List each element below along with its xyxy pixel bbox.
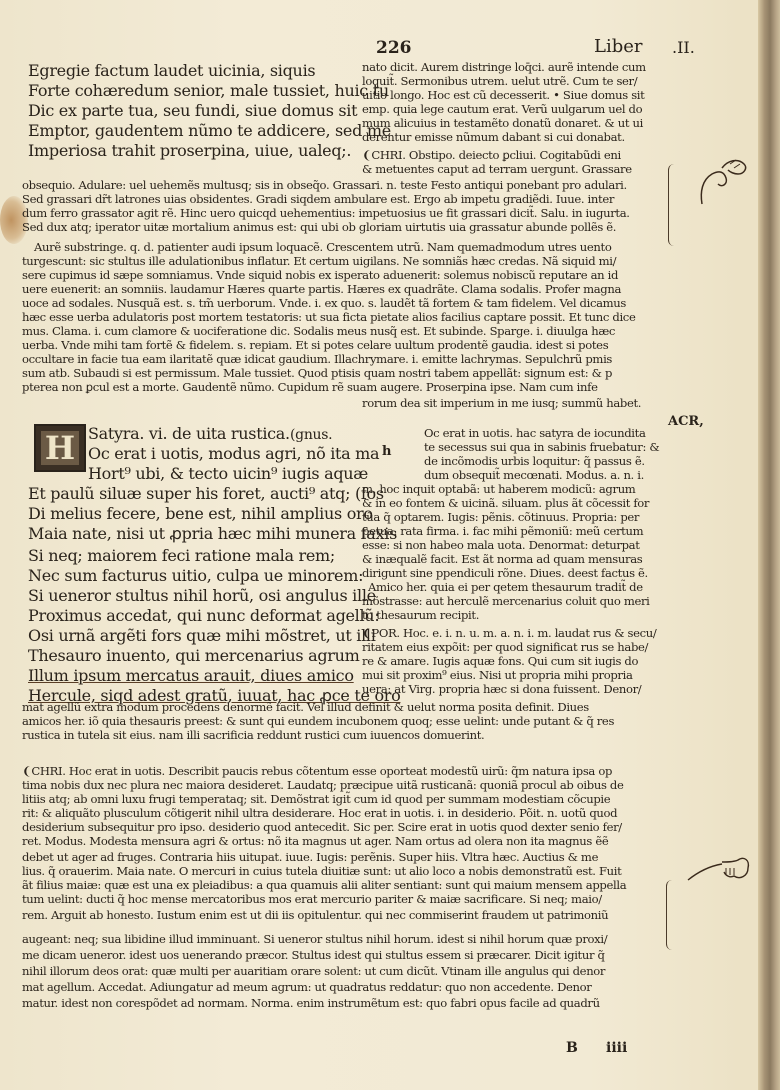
commentary-line: uere euenerit: an somniis. laudamur Hære… <box>22 284 621 296</box>
commentary-line: Sed grassari dr̃t latrones uias obsident… <box>22 194 614 206</box>
commentary-line: ❨CHRI. Hoc erat in uotis. Describit pauc… <box>22 766 612 778</box>
commentary-line: amicos her. iõ quia thesauris preest: & … <box>22 716 614 728</box>
commentary-line: ❨POR. Hoc. e. i. n. u. m. a. n. i. m. la… <box>362 628 656 640</box>
commentary-line: augeant: neq; sua libidine illud imminua… <box>22 934 607 946</box>
argument-word: (gnus. <box>290 428 332 442</box>
verse-line: Si neq; maiorem feci ratione mala rem; <box>28 548 335 564</box>
commentary-line: pterea non ꝑcul est a morte. Gaudentẽ nũ… <box>22 382 598 394</box>
commentary-line: ãt filius maiæ: quæ est una ex pleiadibu… <box>22 880 626 892</box>
commentary-line: petua. rata firma. i. fac mihi pẽmoniũ: … <box>362 526 643 538</box>
commentary-line: de incõmodis urbis loquitur: q̃ passus ẽ… <box>424 456 645 468</box>
commentary-line: rustica in tutela sit eius. nam illi sac… <box>22 730 484 742</box>
manicule-icon <box>694 150 754 210</box>
verse-line: Di melius fecere, bene est, nihil ampliu… <box>28 506 373 522</box>
commentary-line: ❨CHRI. Obstipo. deiecto ꝑcliui. Cogitabũ… <box>362 150 621 162</box>
commentary-line: turgescunt: sic stultus ille adulationib… <box>22 256 616 268</box>
commentary-line: dum ferro grassator agit rẽ. Hinc uero q… <box>22 208 630 220</box>
marginal-note-acr: ACR, <box>668 414 704 429</box>
commentary-line: te secessus sui qua in sabinis fruebatur… <box>424 442 659 454</box>
margin-bracket <box>666 880 675 950</box>
verse-line: Nec sum facturus uitio, culpa ue minorem… <box>28 568 363 584</box>
commentary-line: emp. quia lege cautum erat. Verũ uulgaru… <box>362 104 642 116</box>
commentary-line: mus. Clama. i. cum clamore & uociferatio… <box>22 326 615 338</box>
signature-letter: B <box>566 1040 578 1056</box>
verse-line: Oc erat i uotis, modus agri, nõ ita ma <box>88 446 379 462</box>
commentary-line: dirigunt sine ppendiculi rõne. Diues. de… <box>362 568 648 580</box>
running-title: Liber <box>594 36 643 57</box>
verse-line: Et paulũ siluæ super his foret, aucti⁹ a… <box>28 486 384 502</box>
verse-line: Thesauro inuento, qui mercenarius agrum <box>28 648 360 664</box>
verse-line: Egregie factum laudet uicinia, siquis <box>28 63 315 79</box>
commentary-line: rorum dea sit imperium in me iusq; summũ… <box>362 398 641 410</box>
verse-line: Maia nate, nisi ut ꝓpria hæc mihi munera… <box>28 526 397 542</box>
verse-line: Osi urnã argẽti fors quæ mihi mõstret, u… <box>28 628 376 644</box>
commentary-line: uerba. Vnde mihi tam fortẽ & fidelem. s.… <box>22 340 608 352</box>
verse-line: Imperiosa trahit proserpina, uiue, ualeq… <box>28 143 351 159</box>
verse-line: Hort⁹ ubi, & tecto uicin⁹ iugis aquæ <box>88 466 368 482</box>
verse-line-underlined: Illum ipsum mercatus arauit, diues amico <box>28 668 354 684</box>
signature-number: iiii <box>606 1040 627 1056</box>
commentary-line: rem. Arguit ab honesto. Iustum enim est … <box>22 910 608 922</box>
commentary-line: uera: at Virg. propria hæc si dona fuiss… <box>362 684 641 696</box>
commentary-line: to thesaurum recipit. <box>362 610 479 622</box>
commentary-line: uitio longo. Hoc est cũ decesserit. • Si… <box>362 90 644 102</box>
commentary-line: matur. idest non corespõdet ad normam. N… <box>22 998 600 1010</box>
commentary-line: & metuentes caput ad terram uergunt. Gra… <box>362 164 632 176</box>
commentary-line: desiderium subsequitur pro ipso. desider… <box>22 822 622 834</box>
book-number: .II. <box>672 38 695 57</box>
decorated-initial: H <box>34 424 86 472</box>
commentary-line: mat agellũ extra modum procedens denormẽ… <box>22 702 589 714</box>
satire-heading: Satyra. vi. de uita rustica. <box>88 426 290 442</box>
commentary-line: & in eo fontem & uicinã. siluam. plus ãt… <box>362 498 649 510</box>
margin-bracket <box>668 164 677 246</box>
verse-line: Si ueneror stultus nihil horũ, osi angul… <box>28 588 376 604</box>
manicule-icon <box>686 850 754 886</box>
commentary-line: occultare in facie tua eam ilaritatẽ quæ… <box>22 354 612 366</box>
verse-line: Emptor, gaudentem nũmo te addicere, sed … <box>28 123 391 139</box>
verse-line: Dic ex parte tua, seu fundi, siue domus … <box>28 103 357 119</box>
commentary-line: mõstrasse: aut herculẽ mercenarius colui… <box>362 596 650 608</box>
commentary-line: sum atb. Subaudi si est permissum. Male … <box>22 368 612 380</box>
verse-line: Proximus accedat, qui nunc deformat agel… <box>28 608 379 624</box>
commentary-line: ritatem eius expõit: per quod significat… <box>362 642 648 654</box>
commentary-line: litiis atq; ab omni luxu frugi temperata… <box>22 794 610 806</box>
commentary-line: mui sit proxim⁹ eius. Nisi ut propria mi… <box>362 670 633 682</box>
commentary-line: re & amare. Iugis aquæ fons. Qui cum sit… <box>362 656 638 668</box>
commentary-line: mum alicuius in testamẽto donatũ donaret… <box>362 118 643 130</box>
commentary-line: tũa q̃ optarem. Iugis: pẽnis. cõtinuus. … <box>362 512 639 524</box>
commentary-line: nihil illorum deos orat: quæ multi per a… <box>22 966 605 978</box>
initial-letter: H <box>41 431 79 465</box>
commentary-line: derentur emisse nũmum dabant si cui dona… <box>362 132 625 144</box>
commentary-line: tum uelint: ducti q̃ hoc mense mercatori… <box>22 894 602 906</box>
commentary-line: tima nobis dux nec plura nec maiora desi… <box>22 780 624 792</box>
commentary-line: sere cupimus id sæpe somniamus. Vnde siq… <box>22 270 618 282</box>
commentary-line: dum obsequit̃ mecœnati. Modus. a. n. i. <box>424 470 644 482</box>
page-number: 226 <box>376 38 412 58</box>
commentary-line: & inæqualẽ facit. Est ãt norma ad quam m… <box>362 554 642 566</box>
commentary-line: obsequio. Adulare: uel uehemẽs multusq; … <box>22 180 627 192</box>
commentary-line: rit: & aliquãto plusculum cõtigerit nihi… <box>22 808 617 820</box>
commentary-line: me dicam ueneror. idest uos uenerando pr… <box>22 950 605 962</box>
commentary-line: debet ut ager ad fruges. Contraria hiis … <box>22 852 598 864</box>
page-edge-binding <box>758 0 780 1090</box>
commentary-line: lius. q̃ orauerim. Maia nate. O mercuri … <box>22 866 621 878</box>
commentary-line: nato dicit. Aurem distringe loq̄ci. aurẽ… <box>362 62 646 74</box>
verse-line: Forte cohæredum senior, male tussiet, hu… <box>28 83 389 99</box>
commentary-line: hæc esse uerba adulatoris post mortem te… <box>22 312 635 324</box>
book-page: 226 Liber .II. Egregie factum laudet uic… <box>0 0 780 1090</box>
commentary-line: ret. Modus. Modesta mensura agri & ortus… <box>22 836 608 848</box>
commentary-line: Sed dux atq; iperator uitæ mortalium ani… <box>22 222 616 234</box>
commentary-line: Oc erat in uotis. hac satyra de iocundit… <box>424 428 646 440</box>
commentary-line: loquit̃. Sermonibus utrem. uelut utrẽ. C… <box>362 76 637 88</box>
guide-letter: h <box>382 444 391 459</box>
commentary-line: uoce ad sodales. Nusquã est. s. tm̃ uerb… <box>22 298 626 310</box>
commentary-line: m. hoc inquit optabã: ut haberem modicũ:… <box>362 484 635 496</box>
commentary-line: mat agellum. Accedat. Adiungatur ad meum… <box>22 982 591 994</box>
commentary-line: esse: si non habeo mala uota. Denormat: … <box>362 540 640 552</box>
commentary-line: Aurẽ substringe. q. d. patienter audi ip… <box>34 242 612 254</box>
commentary-line: Amico her. quia ei per qetem thesaurum t… <box>368 582 643 594</box>
